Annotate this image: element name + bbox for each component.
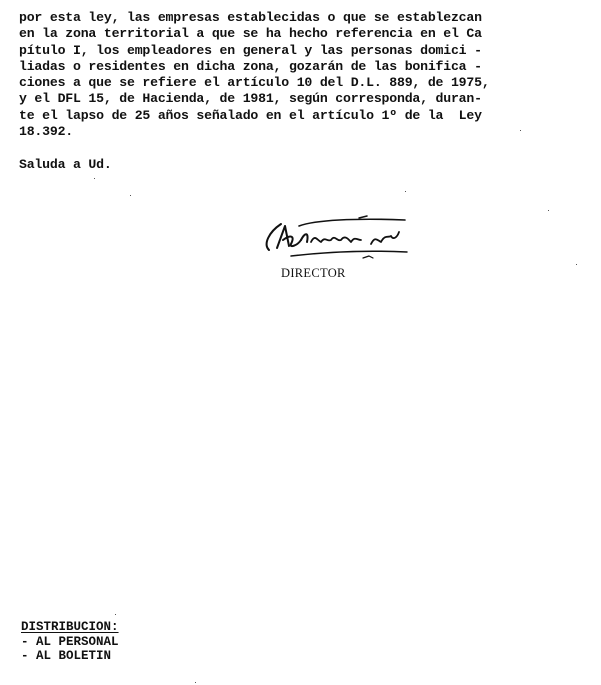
body-paragraph: por esta ley, las empresas establecidas … — [19, 10, 599, 140]
paragraph-line: ciones a que se refiere el artículo 10 d… — [19, 75, 599, 91]
scan-speck — [520, 130, 521, 131]
closing-greeting: Saluda a Ud. — [19, 157, 112, 172]
scan-speck — [130, 195, 131, 196]
paragraph-line: pítulo I, los empleadores en general y l… — [19, 43, 599, 59]
paragraph-line: por esta ley, las empresas establecidas … — [19, 10, 599, 26]
paragraph-line: en la zona territorial a que se ha hecho… — [19, 26, 599, 42]
scan-speck — [94, 178, 95, 179]
scan-speck — [195, 682, 196, 683]
paragraph-line: 18.392. — [19, 124, 599, 140]
signer-title: DIRECTOR — [281, 266, 346, 281]
distribution-title: DISTRIBUCION: — [21, 620, 119, 635]
scan-speck — [115, 614, 116, 615]
distribution-item: - AL PERSONAL — [21, 635, 119, 650]
paragraph-line: y el DFL 15, de Hacienda, de 1981, según… — [19, 91, 599, 107]
scan-speck — [548, 210, 549, 211]
signature-icon — [255, 210, 415, 260]
scan-speck — [576, 264, 577, 265]
distribution-item: - AL BOLETIN — [21, 649, 119, 664]
distribution-list: DISTRIBUCION: - AL PERSONAL - AL BOLETIN — [21, 620, 119, 664]
paragraph-line: te el lapso de 25 años señalado en el ar… — [19, 108, 599, 124]
scan-speck — [405, 191, 406, 192]
paragraph-line: liadas o residentes en dicha zona, gozar… — [19, 59, 599, 75]
